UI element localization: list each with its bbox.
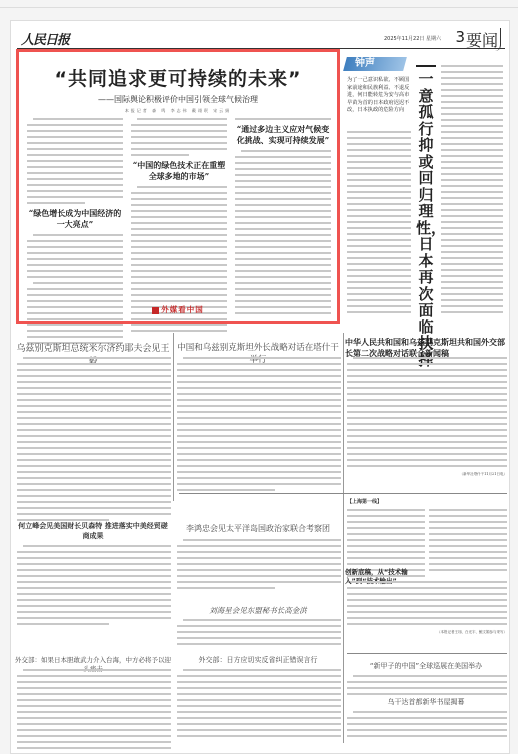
newspaper-logo: 人民日报 (21, 29, 69, 48)
article-title[interactable]: 外交部：日方应切实反省纠正错误言行 (175, 655, 341, 665)
article-body (17, 669, 171, 753)
article-body (347, 711, 507, 741)
article-body: （新华社塔什干11月21日电） (347, 357, 507, 477)
article-body (17, 357, 171, 525)
commentary-intro: 为了一己意识私欲、不顾国家前途和民族利益、不退反进，何日能转危为安与高市早苗为首… (347, 77, 411, 115)
section-name: 要闻 (466, 28, 501, 51)
column-badge: 钟声 (343, 57, 407, 71)
lead-story-subtitle: ——国际舆论积极评价中国引领全球气候治理 (19, 94, 337, 105)
column-rule (173, 333, 174, 501)
lead-story-footer-label: 外媒看中国 (19, 304, 337, 315)
lead-story-bylines: 本报记者 森 鸣 李志伟 戴翊珉 宋云娟 (19, 108, 337, 114)
article-body: （本报记者王翊、白光宇、鲍文娟参与采写） (347, 581, 507, 635)
article-body (177, 357, 341, 495)
article-title[interactable]: 乌干达首都新华书屋揭幕 (345, 697, 507, 707)
reporter-note: （本报记者王翊、白光宇、鲍文娟参与采写） (347, 629, 507, 635)
lead-story-highlight[interactable]: “共同追求更可持续的未来” ——国际舆论积极评价中国引领全球气候治理 本报记者 … (16, 49, 340, 324)
top-toolbar-strip (0, 0, 518, 8)
lead-subhead-2: “中国的绿色技术正在重塑全球多地的市场” (131, 160, 227, 182)
article-body (177, 619, 341, 649)
masthead: 人民日报 2025年11月22日 星期六 3 要闻 (17, 25, 505, 49)
lead-story-title: “共同追求更可持续的未来” (19, 64, 337, 91)
lead-subhead-3: “通过多边主义应对气候变化挑战、实现可持续发展” (235, 124, 331, 146)
commentary-body-1 (347, 131, 411, 317)
article-title[interactable]: “新甲子的中国”全球巡展在美国举办 (345, 661, 507, 671)
column-rule (343, 333, 344, 743)
newspaper-page: 人民日报 2025年11月22日 星期六 3 要闻 “共同追求更可持续的未来” … (10, 20, 510, 754)
article-body (177, 669, 341, 741)
commentary-body-2 (441, 65, 503, 317)
article-body (347, 675, 507, 699)
section-rule (179, 493, 507, 494)
issue-date: 2025年11月22日 星期六 (384, 35, 441, 42)
commentary-vertical-title: 一意孤行抑或回归理性，日本再次面临抉择 (416, 65, 436, 368)
lead-column-3: “通过多边主义应对气候变化挑战、实现可持续发展” (235, 118, 331, 318)
article-title[interactable]: 何立峰会见美国财长贝森特 推进落实中美经贸磋商成果 (15, 521, 171, 541)
article-title[interactable]: 李鸿忠会见太平洋岛国政治家联合考察团 (175, 523, 341, 534)
article-body (17, 545, 171, 629)
series-label: 【上海第一线】 (347, 499, 382, 505)
article-title[interactable]: 刘海星会见东盟秘书长高金洪 (175, 605, 341, 616)
globe-icon (152, 307, 159, 314)
dateline-end: （新华社塔什干11月21日电） (347, 471, 507, 477)
page-number: 3 (455, 28, 465, 46)
commentary-column[interactable]: 钟声 为了一己意识私欲、不顾国家前途和民族利益、不退反进，何日能转危为安与高市早… (341, 51, 507, 326)
article-body (177, 539, 341, 593)
article-title[interactable]: 中华人民共和国和乌兹别克斯坦共和国外交部长第二次战略对话联合新闻稿 (345, 337, 509, 359)
article-body (429, 509, 507, 575)
section-rule (347, 653, 507, 654)
lead-subhead-1: “绿色增长成为中国经济的一大亮点” (27, 208, 123, 230)
